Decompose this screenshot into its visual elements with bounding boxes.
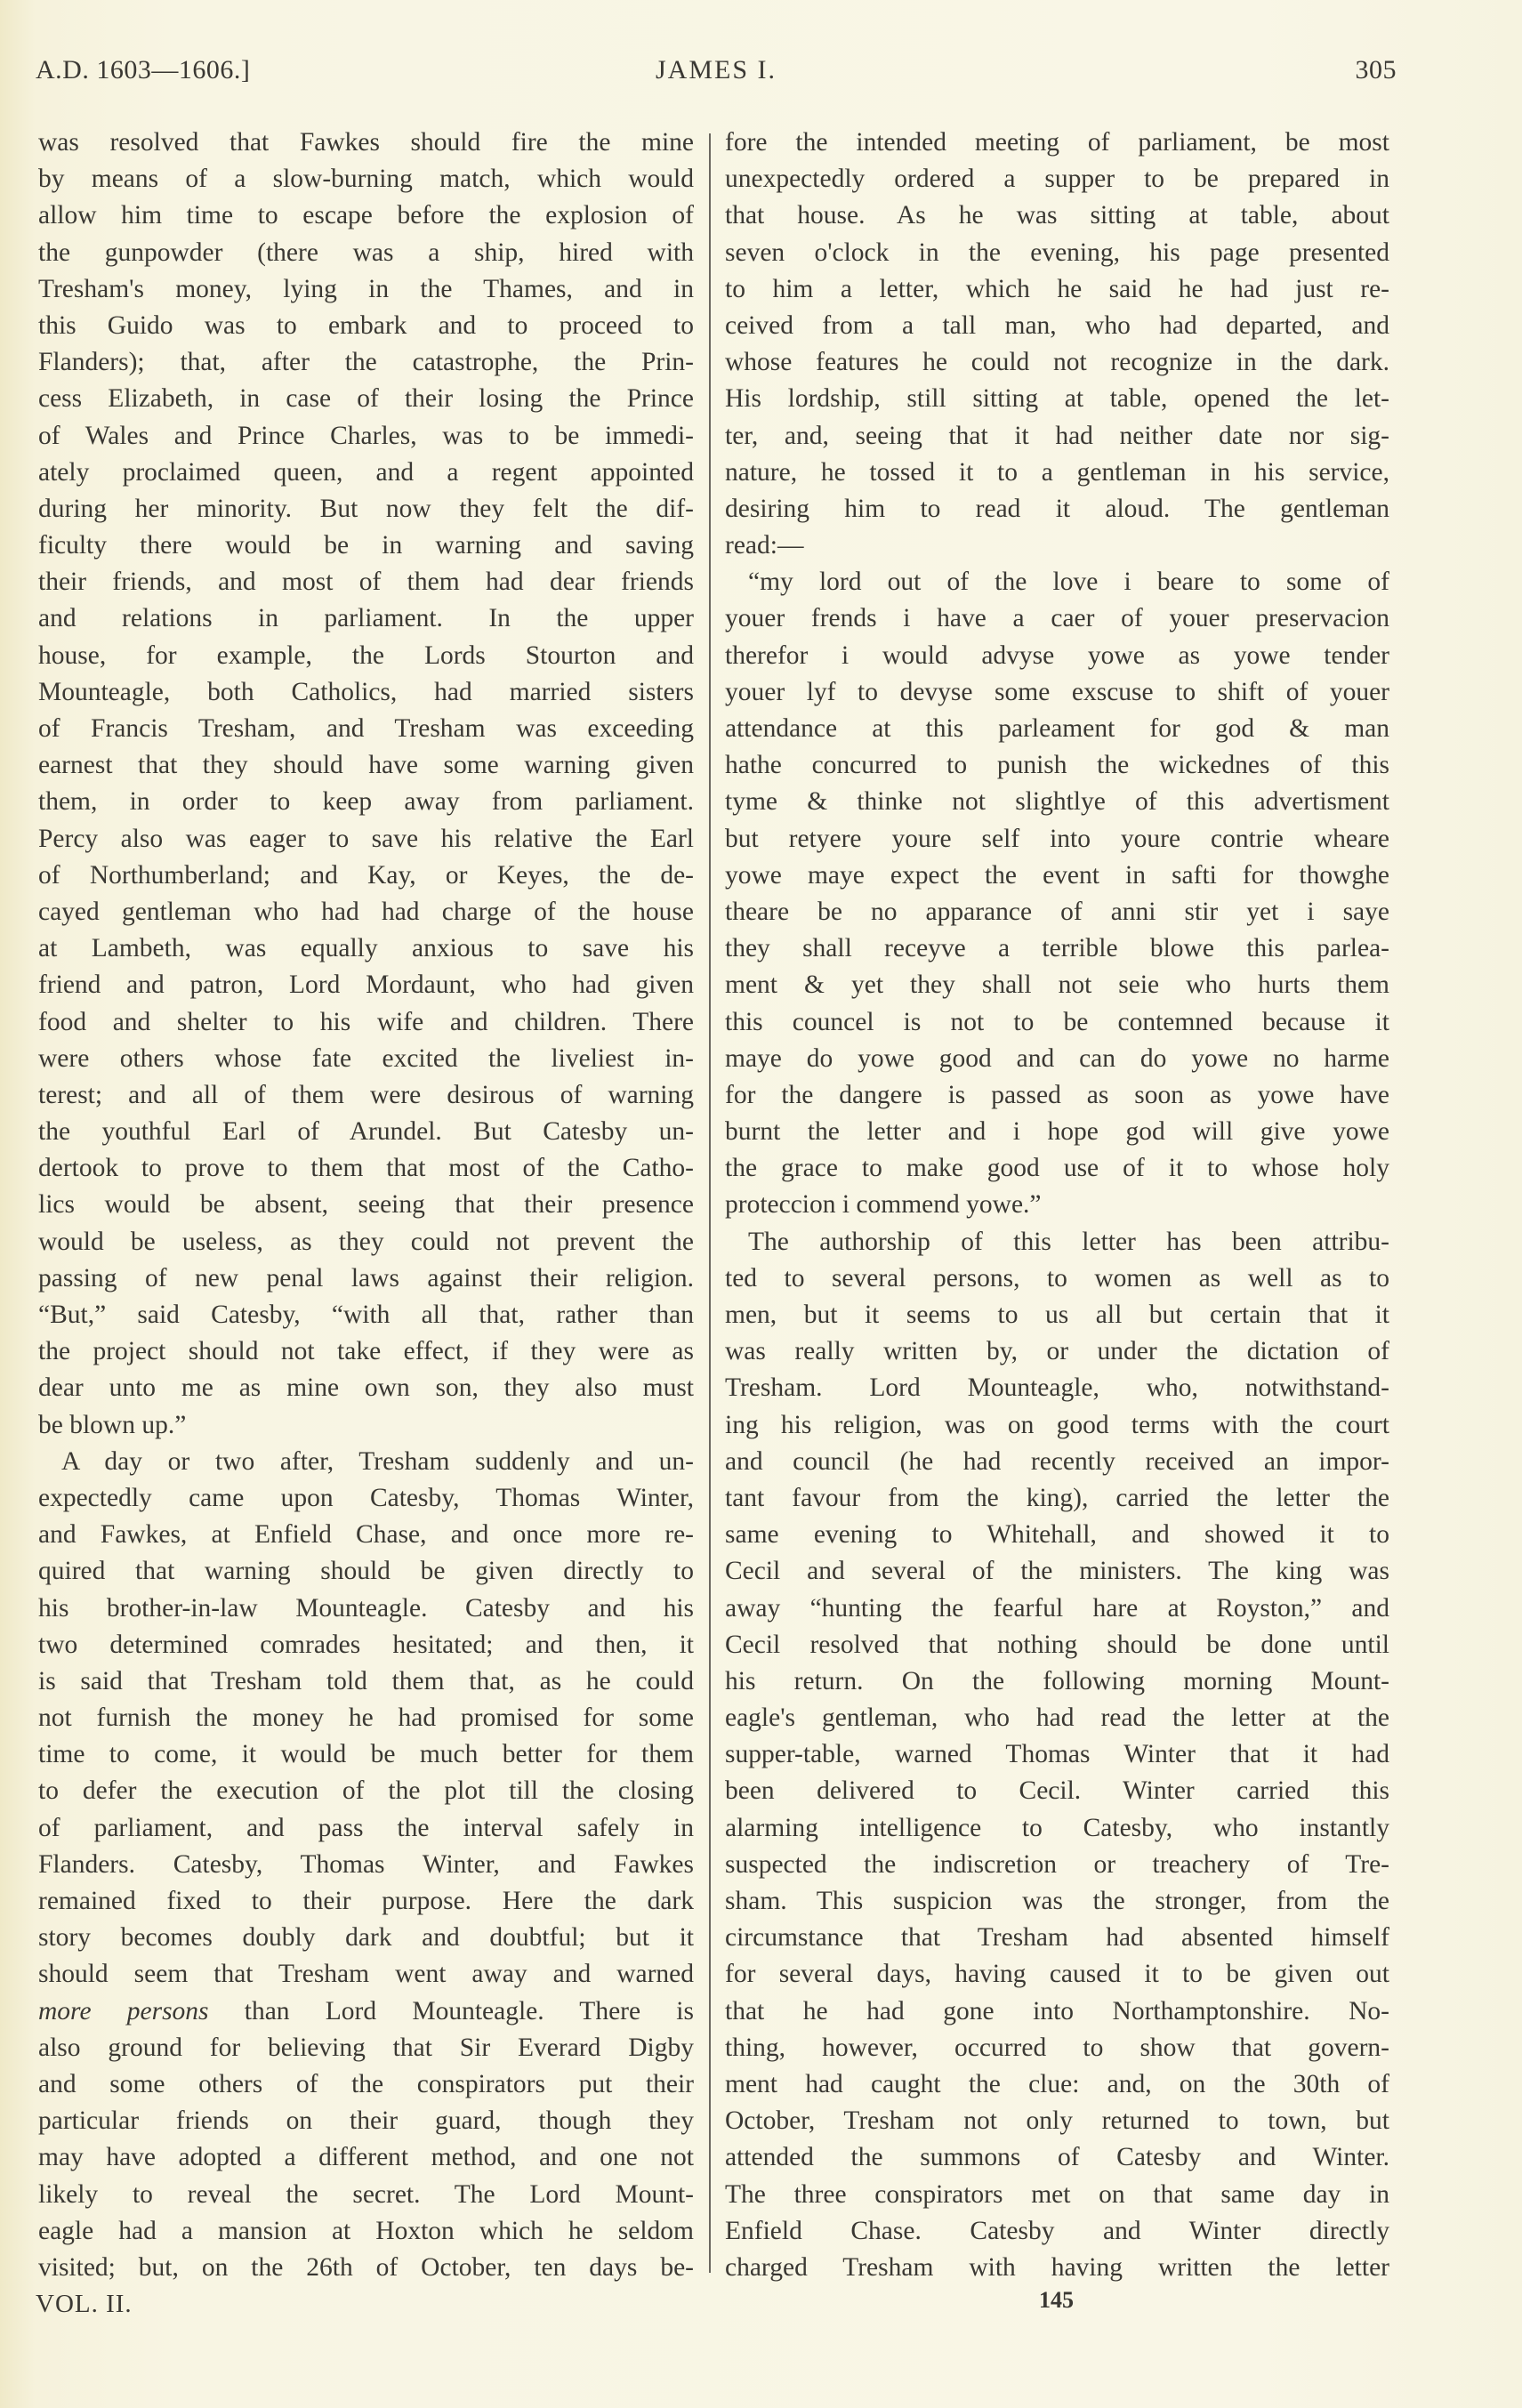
text-line: ted to several persons, to women as well… bbox=[725, 1260, 1389, 1297]
text-line: also ground for believing that Sir Evera… bbox=[38, 2030, 694, 2066]
text-line: the gunpowder (there was a ship, hired w… bbox=[38, 235, 694, 271]
text-line: of Wales and Prince Charles, was to be i… bbox=[38, 418, 694, 455]
text-line: food and shelter to his wife and childre… bbox=[38, 1004, 694, 1041]
text-line: terest; and all of them were desirous of… bbox=[38, 1077, 694, 1114]
text-line: visited; but, on the 26th of October, te… bbox=[38, 2250, 694, 2286]
text-line: and Fawkes, at Enfield Chase, and once m… bbox=[38, 1517, 694, 1553]
text-line: lics would be absent, seeing that their … bbox=[38, 1187, 694, 1223]
text-line: time to come, it would be much better fo… bbox=[38, 1736, 694, 1773]
text-line: Tresham's money, lying in the Thames, an… bbox=[38, 271, 694, 308]
text-line: The three conspirators met on that same … bbox=[725, 2177, 1389, 2213]
text-line: story becomes doubly dark and doubtful; … bbox=[38, 1920, 694, 1956]
column-divider bbox=[709, 133, 711, 2273]
text-line: attended the summons of Catesby and Wint… bbox=[725, 2139, 1389, 2176]
text-line: suspected the indiscretion or treachery … bbox=[725, 1847, 1389, 1883]
text-line: cess Elizabeth, in case of their losing … bbox=[38, 381, 694, 417]
text-line: sham. This suspicion was the stronger, f… bbox=[725, 1883, 1389, 1920]
text-line: tant favour from the king), carried the … bbox=[725, 1480, 1389, 1517]
text-line: cayed gentleman who had had charge of th… bbox=[38, 894, 694, 930]
text-line: during her minority. But now they felt t… bbox=[38, 491, 694, 528]
text-line: for the dangere is passed as soon as yow… bbox=[725, 1077, 1389, 1114]
text-line: maye do yowe good and can do yowe no har… bbox=[725, 1041, 1389, 1077]
text-line: proteccion i commend yowe.” bbox=[725, 1187, 1389, 1223]
text-line: Flanders); that, after the catastrophe, … bbox=[38, 344, 694, 381]
text-line: of Northumberland; and Kay, or Keyes, th… bbox=[38, 858, 694, 894]
text-line: Mounteagle, both Catholics, had married … bbox=[38, 674, 694, 711]
text-line: his brother-in-law Mounteagle. Catesby a… bbox=[38, 1591, 694, 1627]
text-line: alarming intelligence to Catesby, who in… bbox=[725, 1810, 1389, 1847]
text-line: Flanders. Catesby, Thomas Winter, and Fa… bbox=[38, 1847, 694, 1883]
text-line: to defer the execution of the plot till … bbox=[38, 1773, 694, 1809]
text-line: seven o'clock in the evening, his page p… bbox=[725, 235, 1389, 271]
text-line: hathe concurred to punish the wickednes … bbox=[725, 747, 1389, 784]
text-line: be blown up.” bbox=[38, 1407, 694, 1444]
text-line: their friends, and most of them had dear… bbox=[38, 564, 694, 600]
text-line: “my lord out of the love i beare to some… bbox=[725, 564, 1389, 600]
text-line: and some others of the conspirators put … bbox=[38, 2066, 694, 2103]
text-line: but retyere youre self into youre contri… bbox=[725, 821, 1389, 858]
text-line: The authorship of this letter has been a… bbox=[725, 1224, 1389, 1260]
text-line: two determined comrades hesitated; and t… bbox=[38, 1627, 694, 1663]
text-line: that he had gone into Northamptonshire. … bbox=[725, 1993, 1389, 2030]
text-line: the grace to make good use of it to whos… bbox=[725, 1150, 1389, 1187]
text-line: may have adopted a different method, and… bbox=[38, 2139, 694, 2176]
text-line: more persons than Lord Mounteagle. There… bbox=[38, 1993, 694, 2030]
text-line: nature, he tossed it to a gentleman in h… bbox=[725, 455, 1389, 491]
text-line: eagle had a mansion at Hoxton which he s… bbox=[38, 2213, 694, 2250]
text-line: expectedly came upon Catesby, Thomas Win… bbox=[38, 1480, 694, 1517]
text-line: Cecil and several of the ministers. The … bbox=[725, 1553, 1389, 1590]
text-line: ter, and, seeing that it had neither dat… bbox=[725, 418, 1389, 455]
text-line: thing, however, occurred to show that go… bbox=[725, 2030, 1389, 2066]
text-line: been delivered to Cecil. Winter carried … bbox=[725, 1773, 1389, 1809]
text-line: ing his religion, was on good terms with… bbox=[725, 1407, 1389, 1444]
text-line: His lordship, still sitting at table, op… bbox=[725, 381, 1389, 417]
text-line: eagle's gentleman, who had read the lett… bbox=[725, 1700, 1389, 1736]
text-line: therefor i would advyse yowe as yowe ten… bbox=[725, 638, 1389, 674]
text-line: this Guido was to embark and to proceed … bbox=[38, 308, 694, 344]
text-line: “But,” said Catesby, “with all that, rat… bbox=[38, 1297, 694, 1333]
text-line: same evening to Whitehall, and showed it… bbox=[725, 1517, 1389, 1553]
text-line: was really written by, or under the dict… bbox=[725, 1333, 1389, 1370]
text-line: circumstance that Tresham had absented h… bbox=[725, 1920, 1389, 1956]
text-line: ficulty there would be in warning and sa… bbox=[38, 528, 694, 564]
volume-label: VOL. II. bbox=[36, 2290, 133, 2319]
text-line: and relations in parliament. In the uppe… bbox=[38, 600, 694, 637]
text-line: Percy also was eager to save his relativ… bbox=[38, 821, 694, 858]
text-line: quired that warning should be given dire… bbox=[38, 1553, 694, 1590]
text-line: desiring him to read it aloud. The gentl… bbox=[725, 491, 1389, 528]
right-column-text: fore the intended meeting of parliament,… bbox=[725, 125, 1389, 2286]
text-line: of Francis Tresham, and Tresham was exce… bbox=[38, 711, 694, 747]
text-line: them, in order to keep away from parliam… bbox=[38, 784, 694, 820]
running-header: A.D. 1603—1606.] JAMES I. 305 bbox=[36, 55, 1397, 94]
text-line: that house. As he was sitting at table, … bbox=[725, 197, 1389, 234]
text-line: likely to reveal the secret. The Lord Mo… bbox=[38, 2177, 694, 2213]
text-line: the project should not take effect, if t… bbox=[38, 1333, 694, 1370]
text-line: this councel is not to be contemned beca… bbox=[725, 1004, 1389, 1041]
text-line: remained fixed to their purpose. Here th… bbox=[38, 1883, 694, 1920]
text-line: to him a letter, which he said he had ju… bbox=[725, 271, 1389, 308]
signature-mark: 145 bbox=[1039, 2287, 1074, 2314]
text-line: tyme & thinke not slightlye of this adve… bbox=[725, 784, 1389, 820]
text-line: house, for example, the Lords Stourton a… bbox=[38, 638, 694, 674]
text-line: Enfield Chase. Catesby and Winter direct… bbox=[725, 2213, 1389, 2250]
text-line: ately proclaimed queen, and a regent app… bbox=[38, 455, 694, 491]
header-title: JAMES I. bbox=[36, 55, 1397, 85]
text-line: Tresham. Lord Mounteagle, who, notwithst… bbox=[725, 1370, 1389, 1406]
text-line: for several days, having caused it to be… bbox=[725, 1956, 1389, 1993]
text-line: is said that Tresham told them that, as … bbox=[38, 1663, 694, 1700]
text-line: passing of new penal laws against their … bbox=[38, 1260, 694, 1297]
text-line: charged Tresham with having written the … bbox=[725, 2250, 1389, 2286]
page-number: 305 bbox=[1356, 55, 1397, 85]
text-line: would be useless, as they could not prev… bbox=[38, 1224, 694, 1260]
text-line: friend and patron, Lord Mordaunt, who ha… bbox=[38, 967, 694, 1003]
text-line: they shall receyve a terrible blowe this… bbox=[725, 930, 1389, 967]
text-line: and council (he had recently received an… bbox=[725, 1444, 1389, 1480]
text-line: his return. On the following morning Mou… bbox=[725, 1663, 1389, 1700]
text-line: men, but it seems to us all but certain … bbox=[725, 1297, 1389, 1333]
text-line: was resolved that Fawkes should fire the… bbox=[38, 125, 694, 161]
text-line: ceived from a tall man, who had departed… bbox=[725, 308, 1389, 344]
text-line: fore the intended meeting of parliament,… bbox=[725, 125, 1389, 161]
text-line: October, Tresham not only returned to to… bbox=[725, 2103, 1389, 2139]
text-line: dear unto me as mine own son, they also … bbox=[38, 1370, 694, 1406]
text-line: attendance at this parleament for god & … bbox=[725, 711, 1389, 747]
text-line: particular friends on their guard, thoug… bbox=[38, 2103, 694, 2139]
text-line: should seem that Tresham went away and w… bbox=[38, 1956, 694, 1993]
text-line: Cecil resolved that nothing should be do… bbox=[725, 1627, 1389, 1663]
text-line: the youthful Earl of Arundel. But Catesb… bbox=[38, 1114, 694, 1150]
text-line: theare be no apparance of anni stir yet … bbox=[725, 894, 1389, 930]
text-line: were others whose fate excited the livel… bbox=[38, 1041, 694, 1077]
text-line: by means of a slow-burning match, which … bbox=[38, 161, 694, 197]
text-line: away “hunting the fearful hare at Roysto… bbox=[725, 1591, 1389, 1627]
text-line: ment & yet they shall not seie who hurts… bbox=[725, 967, 1389, 1003]
text-line: ment had caught the clue: and, on the 30… bbox=[725, 2066, 1389, 2103]
text-line: A day or two after, Tresham suddenly and… bbox=[38, 1444, 694, 1480]
text-line: allow him time to escape before the expl… bbox=[38, 197, 694, 234]
text-line: of parliament, and pass the interval saf… bbox=[38, 1810, 694, 1847]
text-line: youer frends i have a caer of youer pres… bbox=[725, 600, 1389, 637]
text-line: youer lyf to devyse some exscuse to shif… bbox=[725, 674, 1389, 711]
text-line: read:— bbox=[725, 528, 1389, 564]
text-line: supper-table, warned Thomas Winter that … bbox=[725, 1736, 1389, 1773]
text-line: unexpectedly ordered a supper to be prep… bbox=[725, 161, 1389, 197]
text-line: yowe maye expect the event in safti for … bbox=[725, 858, 1389, 894]
text-line: burnt the letter and i hope god will giv… bbox=[725, 1114, 1389, 1150]
text-line: at Lambeth, was equally anxious to save … bbox=[38, 930, 694, 967]
text-line: whose features he could not recognize in… bbox=[725, 344, 1389, 381]
text-line: dertook to prove to them that most of th… bbox=[38, 1150, 694, 1187]
text-line: not furnish the money he had promised fo… bbox=[38, 1700, 694, 1736]
text-line: earnest that they should have some warni… bbox=[38, 747, 694, 784]
left-column-text: was resolved that Fawkes should fire the… bbox=[38, 125, 694, 2286]
